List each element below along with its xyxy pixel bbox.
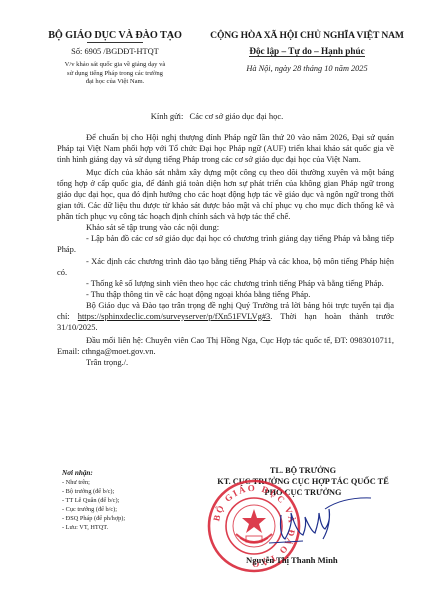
distribution-item: - ĐSQ Pháp (để ph/hợp); [62,514,202,523]
distribution-item: - Cục trưởng (để b/c); [62,505,202,514]
distribution-item: - Lưu: VT, HTQT. [62,523,202,532]
signer-title-1: TL. BỘ TRƯỞNG [196,465,410,476]
subject-line: đại học của Việt Nam. [40,78,190,87]
distribution-list: Nơi nhận: - Như trên; - Bộ trưởng (để b/… [62,469,202,533]
addressee-line: Kính gửi: Các cơ sở giáo dục đại học. [0,111,434,121]
focus-intro: Khảo sát sẽ tập trung vào các nội dung: [57,222,394,233]
distribution-title: Nơi nhận: [62,469,202,477]
document-subject: V/v khảo sát quốc gia về giảng dạy và sử… [40,61,190,87]
focus-item: - Thống kê số lượng sinh viên theo học c… [57,278,394,289]
closing: Trân trọng./. [57,357,394,368]
national-motto: Độc lập – Tự do – Hạnh phúc [249,46,364,57]
distribution-item: - Bộ trưởng (để b/c); [62,487,202,496]
ministry-name: BỘ GIÁO DỤC VÀ ĐÀO TẠO [40,30,190,41]
document-number: Số: 6905 /BGDĐT-HTQT [40,47,190,56]
distribution-item: - Như trên; [62,478,202,487]
subject-line: V/v khảo sát quốc gia về giảng dạy và [40,61,190,70]
focus-item: - Lập bản đồ các cơ sở giáo dục đại học … [57,233,394,255]
addressee-value: Các cơ sở giáo dục đại học. [190,111,284,121]
ministry-underline [87,42,143,43]
distribution-items: - Như trên; - Bộ trưởng (để b/c); - TT L… [62,478,202,533]
national-header-block: CỘNG HÒA XÃ HỘI CHỦ NGHĨA VIỆT NAM Độc l… [201,30,413,73]
signature-icon [263,495,373,550]
request-paragraph: Bộ Giáo dục và Đào tạo trân trọng đề ngh… [57,300,394,333]
document-body: Để chuẩn bị cho Hội nghị thượng đỉnh Phá… [57,132,394,368]
survey-link[interactable]: https://sphinxdeclic.com/surveyserver/p/… [78,311,271,321]
focus-item: - Thu thập thông tin về các hoạt động ng… [57,289,394,300]
document-date: Hà Nội, ngày 28 tháng 10 năm 2025 [201,64,413,73]
focus-item: - Xác định các chương trình đào tạo bằng… [57,256,394,278]
signer-name: Nguyễn Thị Thanh Minh [246,555,338,565]
republic-title: CỘNG HÒA XÃ HỘI CHỦ NGHĨA VIỆT NAM [201,30,413,41]
issuing-agency-block: BỘ GIÁO DỤC VÀ ĐÀO TẠO Số: 6905 /BGDĐT-H… [40,30,190,87]
contact-paragraph: Đầu mối liên hệ: Chuyên viên Cao Thị Hồn… [57,335,394,357]
distribution-item: - TT Lê Quân (để b/c); [62,496,202,505]
subject-line: sử dụng tiếng Pháp trong các trường [40,70,190,79]
body-paragraph: Để chuẩn bị cho Hội nghị thượng đỉnh Phá… [57,132,394,165]
body-paragraph: Mục đích của khảo sát nhằm xây dựng một … [57,167,394,222]
addressee-label: Kính gửi: [151,111,184,121]
